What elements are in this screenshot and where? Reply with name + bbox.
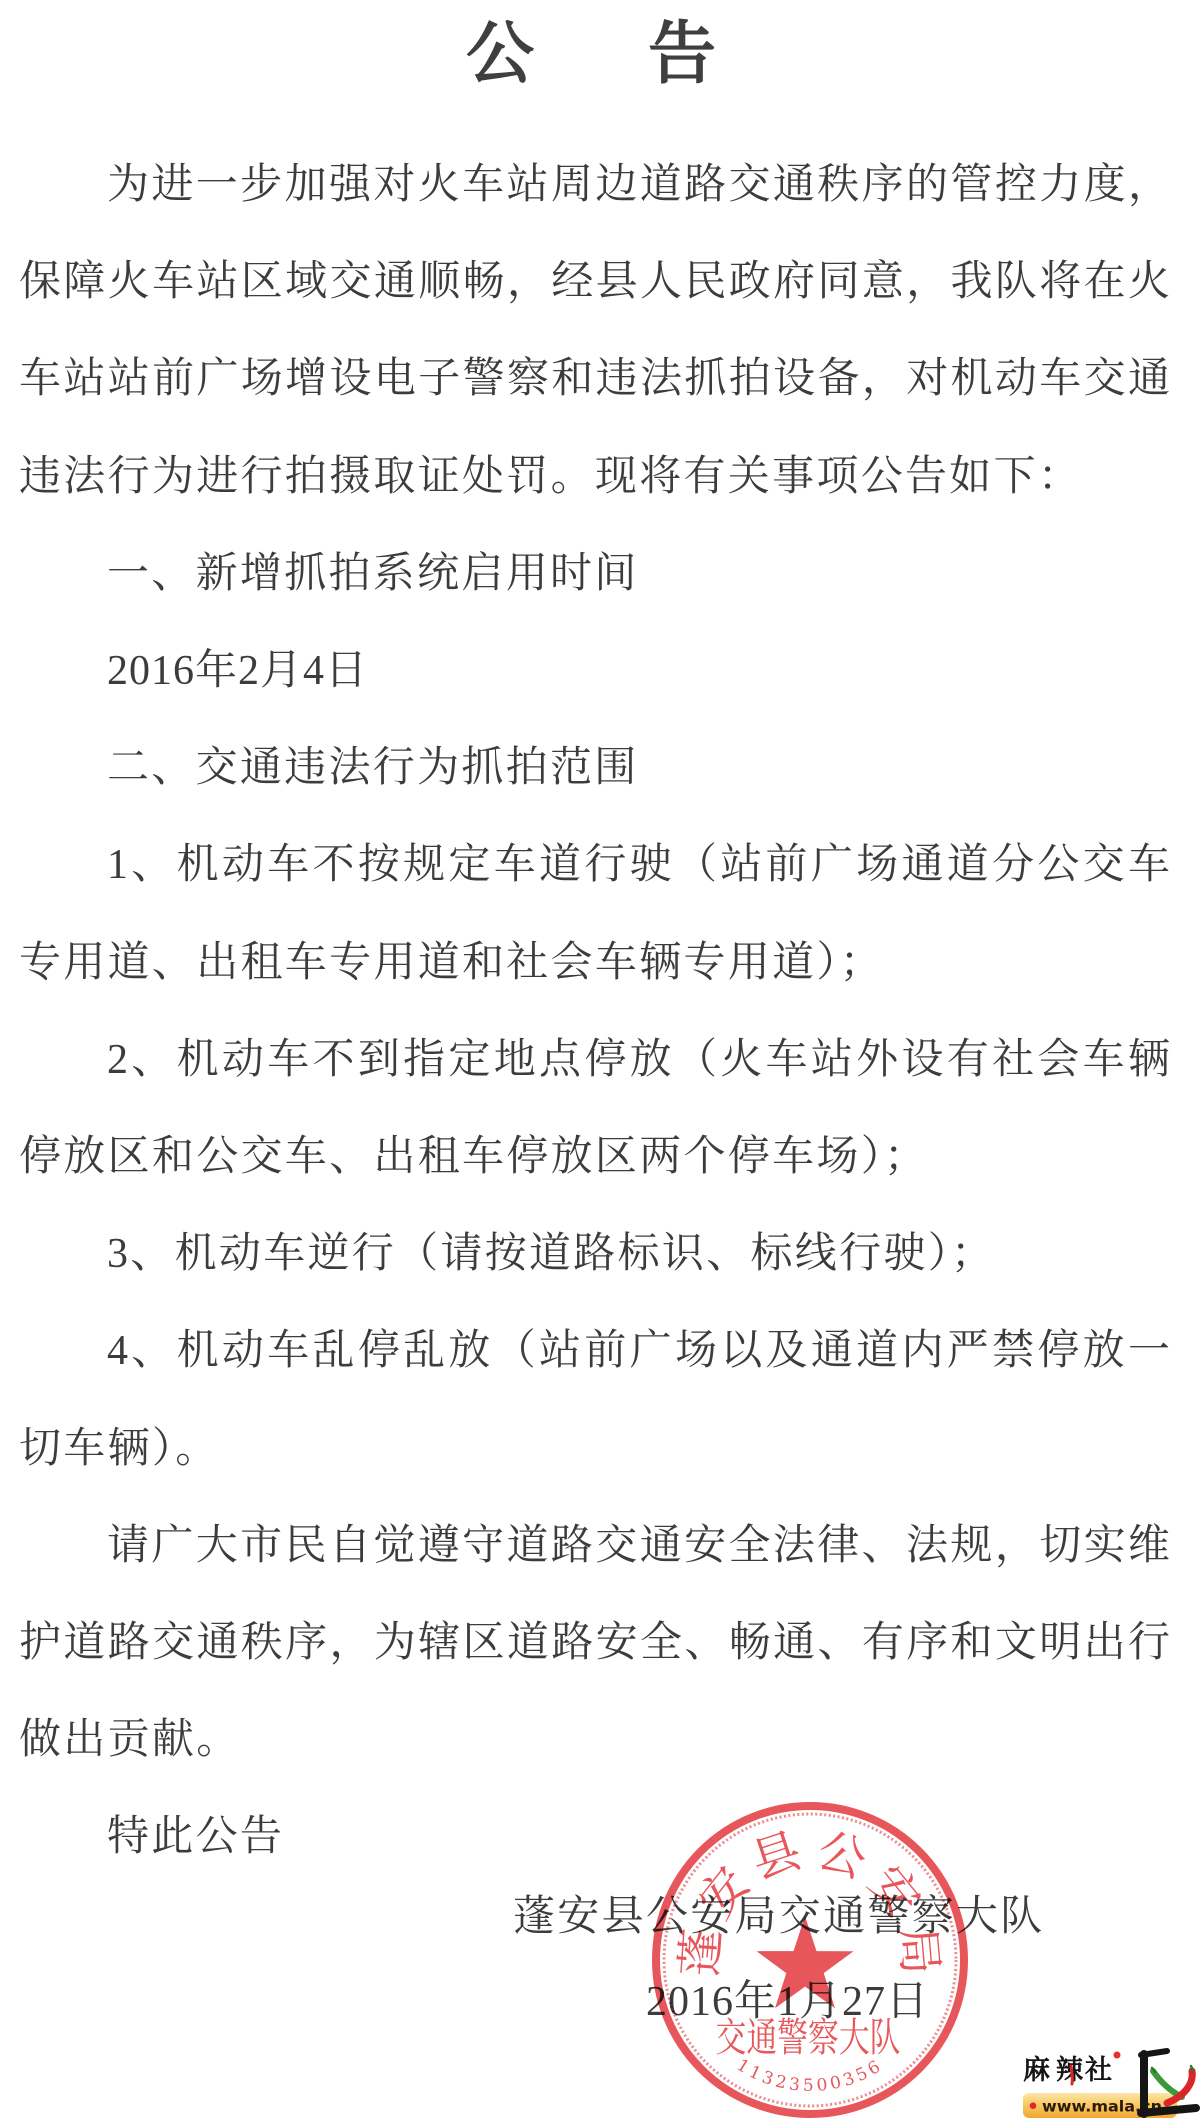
seal-arc-char: 公 [811, 1822, 873, 1890]
brand-char: 麻 [1023, 2055, 1050, 2086]
red-dot-icon [1114, 2052, 1121, 2059]
section-heading-2: 二、交通违法行为抓拍范围 [107, 743, 639, 793]
body-line: 违法行为进行拍摄取证处罚。现将有关事项公告如下： [19, 452, 1082, 502]
seal-arc-char: 蓬 [672, 1926, 731, 1978]
body-line: 护道路交通秩序，为辖区道路安全、畅通、有序和文明出行 [19, 1618, 1170, 1668]
brand-char: 社 [1085, 2055, 1112, 2086]
activation-date: 2016年2月4日 [107, 646, 368, 696]
list-item-2-cont: 停放区和公交车、出租车停放区两个停车场）； [19, 1132, 928, 1182]
brand-char: 辣 [1056, 2055, 1084, 2086]
seal-arc-char: 安 [858, 1855, 932, 1928]
watermark-brand: 麻 辣 社 [1023, 2055, 1112, 2086]
closing-line: 特此公告 [107, 1812, 284, 1862]
body-line: 保障火车站区域交通顺畅，经县人民政府同意，我队将在火 [19, 257, 1170, 307]
list-item-1: 1、机动车不按规定车道行驶（站前广场通道分公交车 [107, 840, 1170, 890]
watermark-logo: 麻辣社区 www.mala.cn 麻 辣 社 [1010, 2040, 1200, 2128]
star-icon [757, 1916, 854, 2008]
seal-center-text: 交通警察大队 [716, 2015, 901, 2061]
chili-accent-icon [1071, 2066, 1072, 2084]
seal-arc-char: 县 [745, 1822, 808, 1890]
body-line: 请广大市民自觉遵守道路交通安全法律、法规，切实维 [107, 1521, 1170, 1571]
body-line: 为进一步加强对火车站周边道路交通秩序的管控力度， [107, 160, 1170, 210]
section-heading-1: 一、新增抓拍系统启用时间 [107, 549, 639, 599]
list-item-1-cont: 专用道、出租车专用道和社会车辆专用道）； [19, 938, 884, 988]
notice-page: 公告 为进一步加强对火车站周边道路交通秩序的管控力度， 保障火车站区域交通顺畅，… [0, 0, 1200, 2128]
body-line: 做出贡献。 [19, 1715, 241, 1765]
official-seal: 蓬 安 县 公 安 局 交通警察大队 5113235003564 [645, 1795, 975, 2125]
red-dot-icon [1030, 2102, 1037, 2109]
list-item-4-cont: 切车辆）。 [19, 1424, 220, 1474]
notice-title: 公告 [466, 21, 830, 89]
list-item-4: 4、机动车乱停乱放（站前广场以及通道内严禁停放一 [107, 1326, 1170, 1376]
list-item-2: 2、机动车不到指定地点停放（火车站外设有社会车辆 [107, 1035, 1170, 1085]
seal-arc-char: 局 [889, 1924, 949, 1977]
body-line: 车站站前广场增设电子警察和违法抓拍设备，对机动车交通 [19, 354, 1170, 404]
list-item-3: 3、机动车逆行（请按道路标识、标线行驶）； [107, 1229, 995, 1279]
